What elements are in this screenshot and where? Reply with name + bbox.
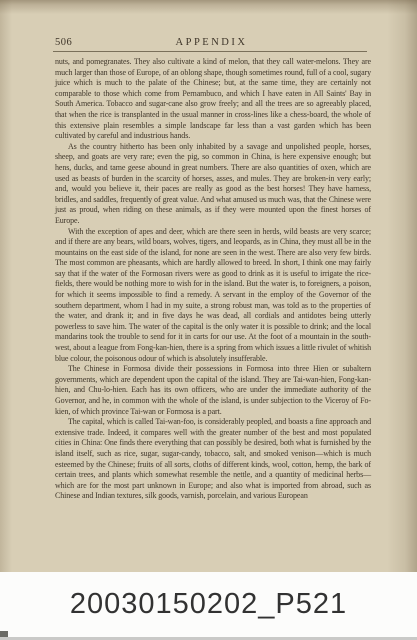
paragraph-1: nuts, and pomegranates. They also cultiv… (55, 57, 371, 142)
archive-label-bar: 20030150202_P521 (0, 572, 417, 640)
paragraph-5: The capital, which is called Tai-wan-foo… (55, 417, 371, 502)
body-text: nuts, and pomegranates. They also cultiv… (55, 57, 371, 502)
paragraph-4: The Chinese in Formosa divide their poss… (55, 364, 371, 417)
scanned-book-page: 506 APPENDIX nuts, and pomegranates. The… (0, 0, 417, 640)
header-rule (53, 51, 367, 52)
scan-edge-artifact (0, 631, 8, 637)
paragraph-2: As the country hitherto has been only in… (55, 142, 371, 227)
running-head-title: APPENDIX (53, 37, 370, 48)
archive-label-text: 20030150202_P521 (70, 588, 347, 621)
paragraph-3: With the exception of apes and deer, whi… (55, 227, 371, 365)
